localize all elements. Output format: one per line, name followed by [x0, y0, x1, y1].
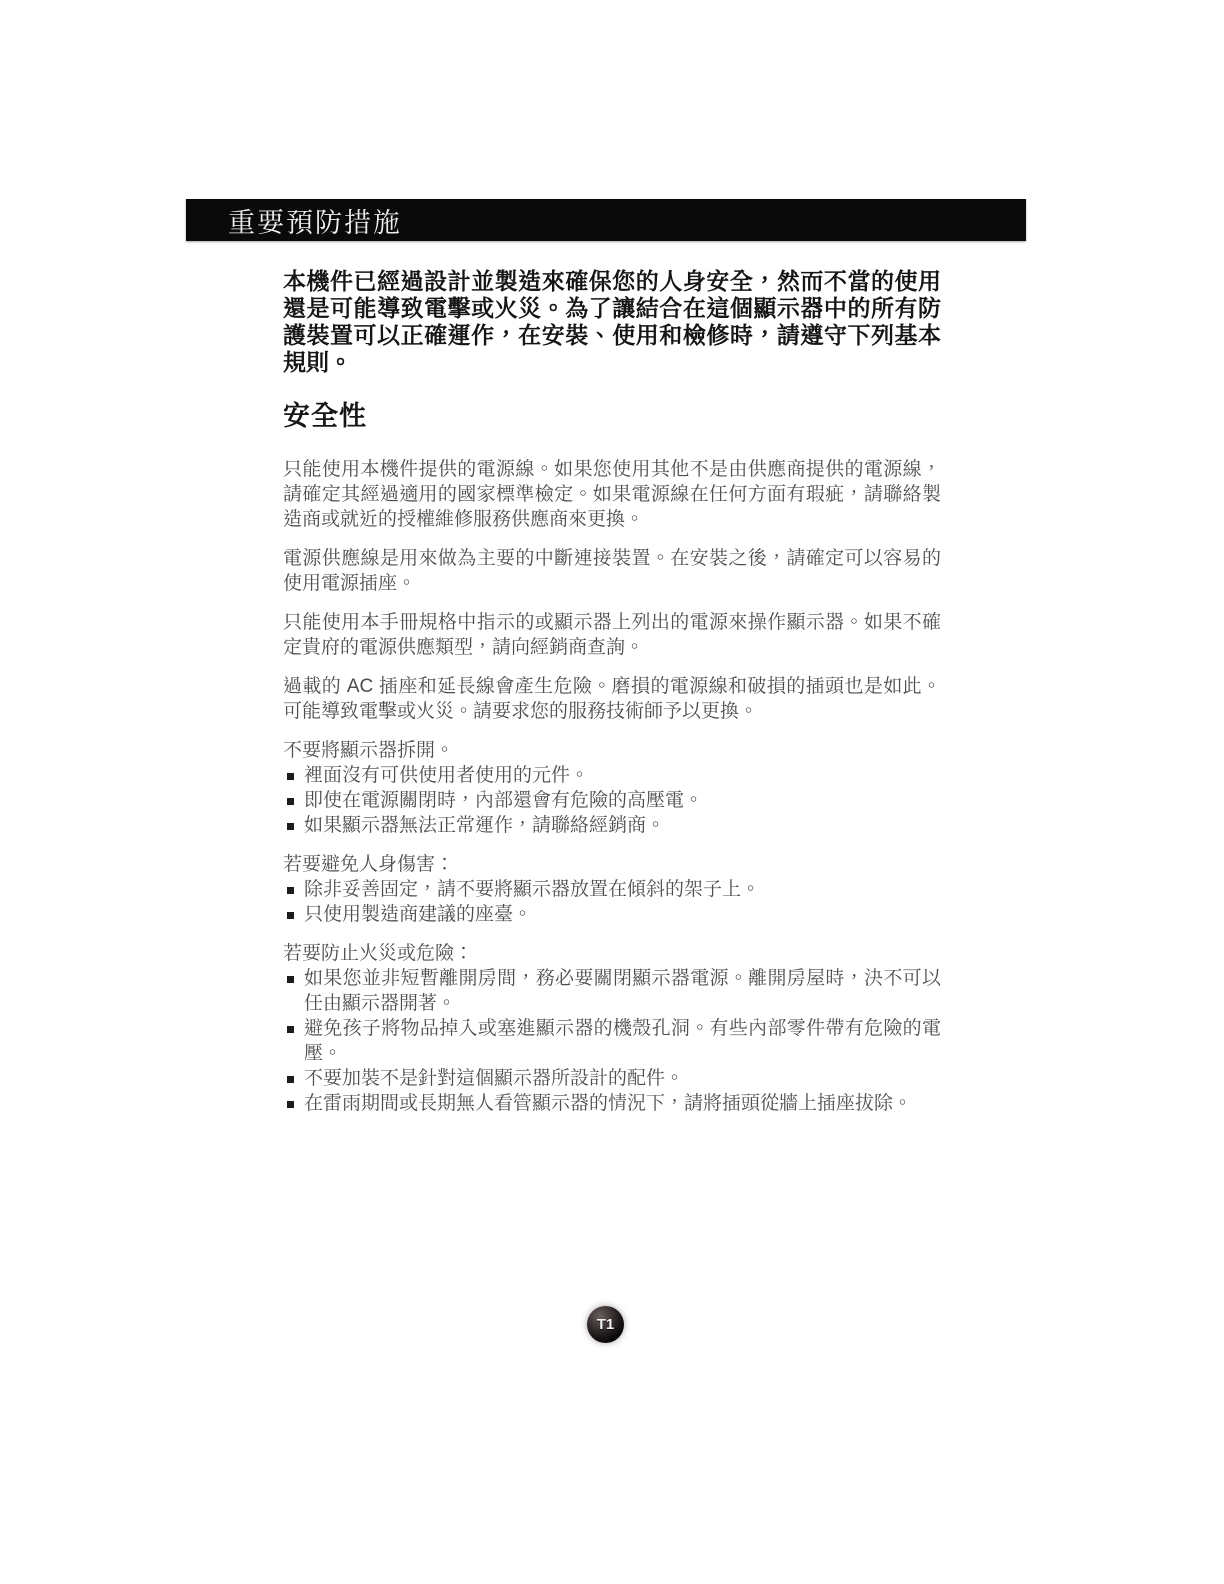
chapter-header-bar: 重要預防措施 [186, 199, 1026, 241]
list-item: 即使在電源關閉時，內部還會有危險的高壓電。 [283, 788, 941, 813]
page-content: 本機件已經過設計並製造來確保您的人身安全，然而不當的使用還是可能導致電擊或火災。… [283, 268, 941, 1130]
list-item: 如果顯示器無法正常運作，請聯絡經銷商。 [283, 813, 941, 838]
list-title: 不要將顯示器拆開。 [283, 738, 941, 763]
list-item: 不要加裝不是針對這個顯示器所設計的配件。 [283, 1066, 941, 1091]
list-item: 避免孩子將物品掉入或塞進顯示器的機殼孔洞。有些內部零件帶有危險的電壓。 [283, 1016, 941, 1066]
list-prevent-fire: 若要防止火災或危險： 如果您並非短暫離開房間，務必要關閉顯示器電源。離開房屋時，… [283, 941, 941, 1116]
document-page: 重要預防措施 本機件已經過設計並製造來確保您的人身安全，然而不當的使用還是可能導… [0, 0, 1224, 1584]
paragraph-power-source: 只能使用本手冊規格中指示的或顯示器上列出的電源來操作顯示器。如果不確定貴府的電源… [283, 610, 941, 660]
bullet-list: 裡面沒有可供使用者使用的元件。 即使在電源關閉時，內部還會有危險的高壓電。 如果… [283, 763, 941, 838]
page-number: T1 [597, 1316, 615, 1333]
bullet-list: 除非妥善固定，請不要將顯示器放置在傾斜的架子上。 只使用製造商建議的座臺。 [283, 877, 941, 927]
paragraph-ac-overload: 過載的 AC 插座和延長線會產生危險。磨損的電源線和破損的插頭也是如此。可能導致… [283, 674, 941, 724]
list-item: 裡面沒有可供使用者使用的元件。 [283, 763, 941, 788]
page-title: 重要預防措施 [228, 201, 402, 240]
intro-paragraph: 本機件已經過設計並製造來確保您的人身安全，然而不當的使用還是可能導致電擊或火災。… [283, 268, 941, 376]
bullet-list: 如果您並非短暫離開房間，務必要關閉顯示器電源。離開房屋時，決不可以任由顯示器開著… [283, 966, 941, 1116]
section-title-safety: 安全性 [283, 394, 941, 433]
paragraph-disconnect-device: 電源供應線是用來做為主要的中斷連接裝置。在安裝之後，請確定可以容易的使用電源插座… [283, 546, 941, 596]
list-title: 若要避免人身傷害： [283, 852, 941, 877]
list-item: 如果您並非短暫離開房間，務必要關閉顯示器電源。離開房屋時，決不可以任由顯示器開著… [283, 966, 941, 1016]
list-title: 若要防止火災或危險： [283, 941, 941, 966]
list-item: 在雷雨期間或長期無人看管顯示器的情況下，請將插頭從牆上插座拔除。 [283, 1091, 941, 1116]
page-number-badge: T1 [587, 1306, 624, 1343]
list-item: 只使用製造商建議的座臺。 [283, 902, 941, 927]
list-do-not-disassemble: 不要將顯示器拆開。 裡面沒有可供使用者使用的元件。 即使在電源關閉時，內部還會有… [283, 738, 941, 838]
list-avoid-injury: 若要避免人身傷害： 除非妥善固定，請不要將顯示器放置在傾斜的架子上。 只使用製造… [283, 852, 941, 927]
paragraph-power-cord: 只能使用本機件提供的電源線。如果您使用其他不是由供應商提供的電源線，請確定其經過… [283, 457, 941, 532]
list-item: 除非妥善固定，請不要將顯示器放置在傾斜的架子上。 [283, 877, 941, 902]
